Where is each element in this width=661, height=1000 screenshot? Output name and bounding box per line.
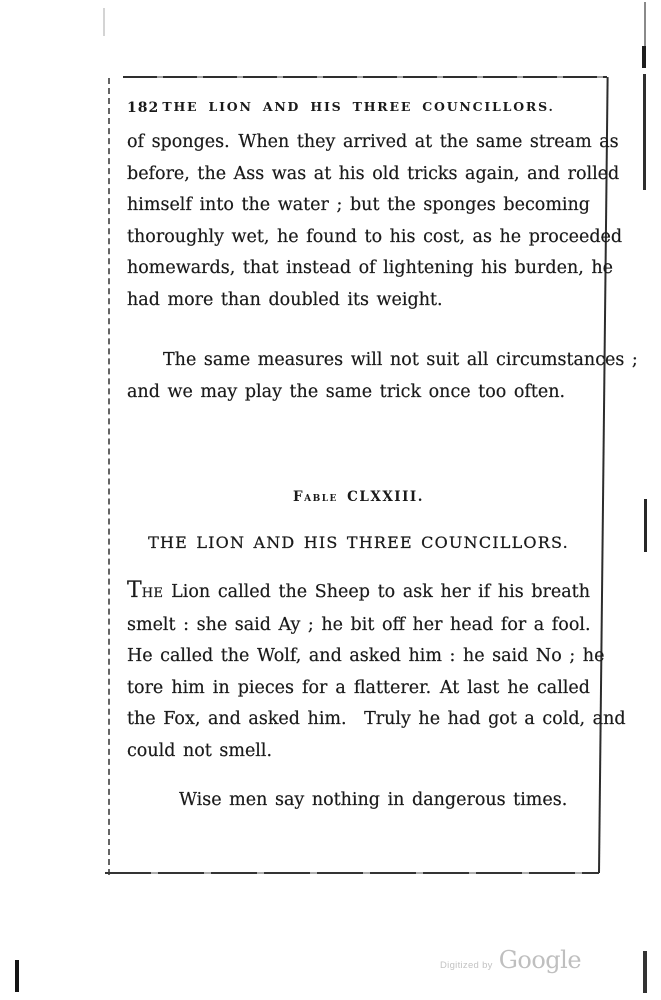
text-line: had more than doubled its weight.	[127, 285, 590, 317]
scan-edge-mark	[103, 8, 105, 36]
page-border-right	[598, 77, 609, 873]
text-line: himself into the water ; but the sponges…	[127, 190, 590, 222]
digitized-by-label: Digitized by	[440, 960, 493, 971]
text-line: before, the Ass was at his old tricks ag…	[127, 159, 590, 191]
scan-edge-mark	[643, 951, 647, 993]
fable-title: THE LION AND HIS THREE COUNCILLORS.	[127, 533, 590, 552]
text-line: and we may play the same trick once too …	[127, 377, 590, 409]
paragraph-continuation: of sponges. When they arrived at the sam…	[127, 127, 590, 316]
google-logo: Google	[499, 946, 581, 974]
moral-line: Wise men say nothing in dangerous times.	[127, 785, 590, 817]
text-line: The same measures will not suit all circ…	[127, 345, 590, 377]
scan-edge-mark	[644, 499, 647, 552]
fable-number-heading: Fable CLXXIII.	[127, 489, 590, 505]
scan-edge-mark	[643, 74, 646, 190]
page-border-bottom	[105, 872, 599, 874]
moral-previous-fable: The same measures will not suit all circ…	[127, 345, 590, 408]
scan-edge-mark	[15, 960, 19, 992]
lead-capital: T	[127, 578, 142, 603]
lead-small-caps: HE	[142, 586, 164, 601]
first-line-text: Lion called the Sheep to ask her if his …	[171, 582, 590, 602]
text-line: THE Lion called the Sheep to ask her if …	[127, 575, 590, 610]
running-header: 182 THE LION AND HIS THREE COUNCILLORS.	[127, 99, 590, 119]
text-line: could not smell.	[127, 736, 590, 768]
text-line: the Fox, and asked him. Truly he had got…	[127, 704, 590, 736]
scan-edge-mark	[642, 46, 646, 68]
fable-body: THE Lion called the Sheep to ask her if …	[127, 575, 590, 767]
text-line: homewards, that instead of lightening hi…	[127, 253, 590, 285]
text-line: tore him in pieces for a flatterer. At l…	[127, 673, 590, 705]
page-number: 182	[127, 100, 159, 116]
page-border-top	[123, 76, 607, 78]
text-line: thoroughly wet, he found to his cost, as…	[127, 222, 590, 254]
page-border-left	[108, 78, 110, 875]
running-title: THE LION AND HIS THREE COUNCILLORS.	[127, 99, 590, 114]
text-line: He called the Wolf, and asked him : he s…	[127, 641, 590, 673]
digitization-watermark: Digitized by Google	[440, 946, 581, 974]
text-line: smelt : she said Ay ; he bit off her hea…	[127, 610, 590, 642]
scanned-book-page: 182 THE LION AND HIS THREE COUNCILLORS. …	[0, 0, 661, 1000]
text-line: of sponges. When they arrived at the sam…	[127, 127, 590, 159]
